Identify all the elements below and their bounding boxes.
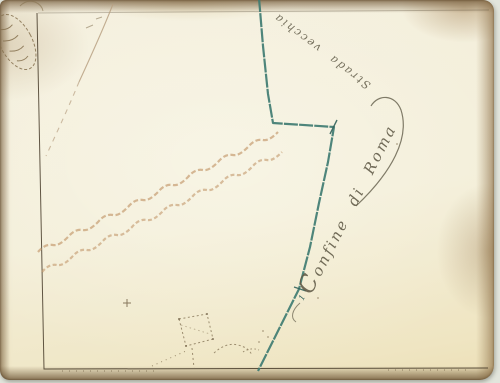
- faint-path-lower-dashed: [46, 82, 79, 156]
- faint-path-upper: [79, 4, 113, 82]
- cross-mark: [123, 299, 131, 307]
- building-cluster-sketch: [152, 314, 259, 368]
- road-band-lower-line: [42, 152, 282, 272]
- road-band-upper-line: [38, 132, 278, 252]
- map-frame-line: [37, 13, 488, 369]
- pencil-dashes: [86, 17, 102, 28]
- scanned-map-page: 1: [0, 0, 500, 383]
- map-linework: 1: [0, 0, 500, 383]
- corner-scribble: [20, 1, 43, 11]
